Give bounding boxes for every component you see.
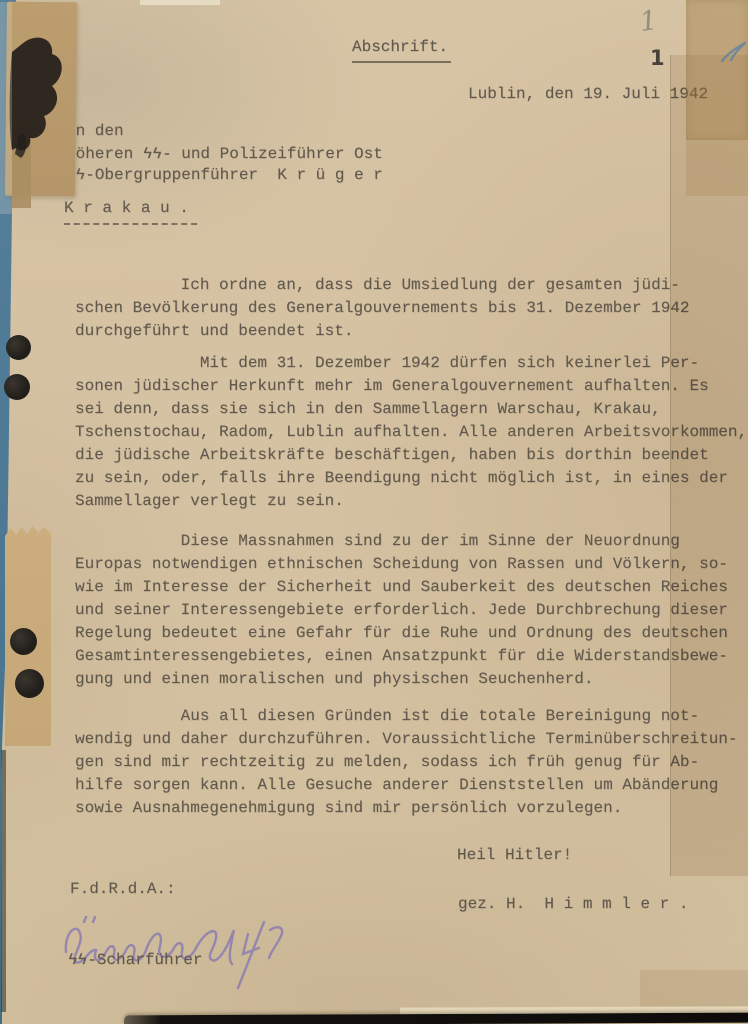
punch-hole xyxy=(10,628,37,655)
certifier-rank: ϟϟ-Scharführer xyxy=(68,949,202,972)
page-number: 1 xyxy=(650,46,665,70)
punch-hole xyxy=(15,669,44,698)
typed-paragraph: Aus all diesen Gründen ist die totale Be… xyxy=(75,705,738,820)
top-edge-highlight xyxy=(140,0,220,5)
archive-scan: Abschrift. 1 1 Lublin, den 19. Juli 1942… xyxy=(0,0,748,1024)
tape-gloss-highlight xyxy=(0,2,12,214)
tape-top-right-lower xyxy=(686,140,748,196)
left-edge-shadow xyxy=(1,750,6,1012)
ink-stain xyxy=(6,30,78,160)
typed-paragraph: Diese Massnahmen sind zu der im Sinne de… xyxy=(75,530,728,691)
blue-pencil-mark-icon xyxy=(718,40,748,66)
punch-hole xyxy=(4,374,30,400)
address-city: K r a k a u . xyxy=(64,197,197,225)
typed-paragraph: Ich ordne an, dass die Umsiedlung der ge… xyxy=(75,274,690,343)
typed-paragraph: Mit dem 31. Dezember 1942 dürfen sich ke… xyxy=(75,352,747,513)
certification-abbr: F.d.R.d.A.: xyxy=(70,878,176,901)
address-line-2: Höheren ϟϟ- und Polizeiführer Ost xyxy=(66,143,383,166)
punch-hole xyxy=(6,335,31,360)
bottom-shadow-strip xyxy=(124,1013,748,1024)
typed-signature-line: gez. H. H i m m l e r . xyxy=(458,893,688,916)
tape-top-right xyxy=(686,0,748,140)
copy-heading: Abschrift. xyxy=(352,36,451,63)
address-line-3: ϟϟ-Obergruppenführer K r ü g e r xyxy=(66,164,383,187)
salute-line: Heil Hitler! xyxy=(457,844,572,867)
